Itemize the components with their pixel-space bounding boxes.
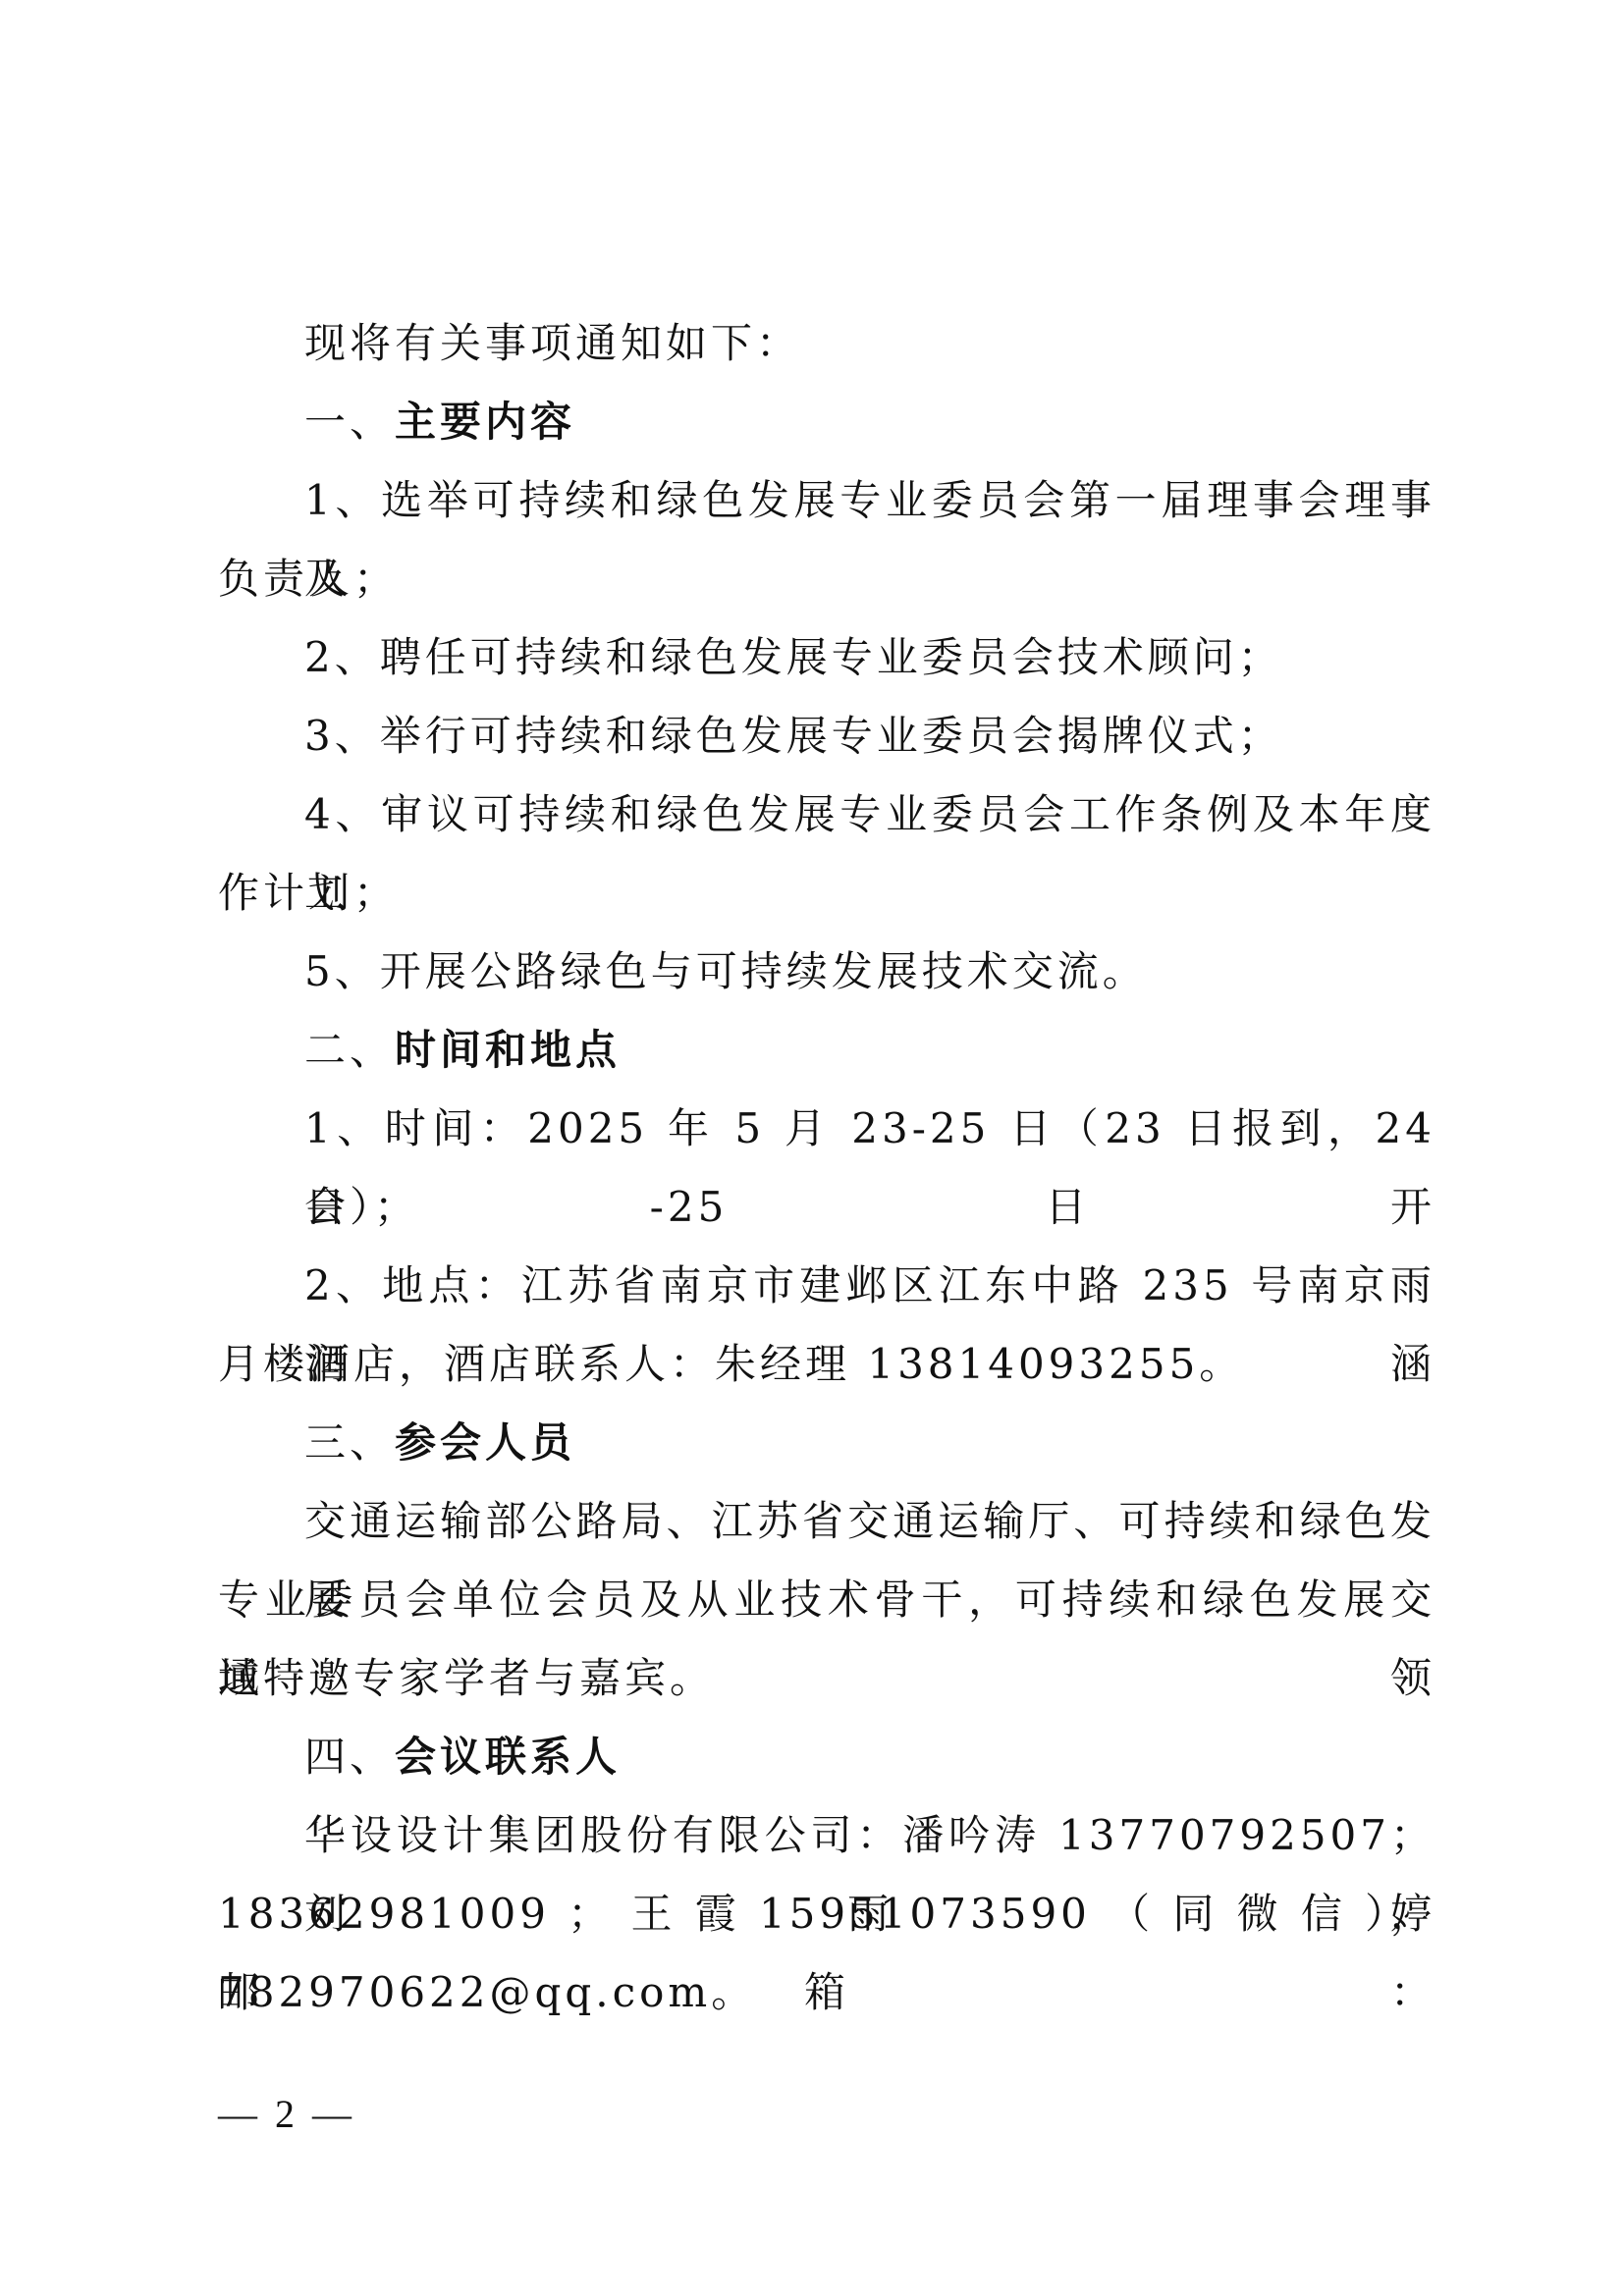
list-item-continuation: 作计划； [218, 854, 1435, 933]
section-heading-2: 二、时间和地点 [218, 1011, 1435, 1090]
list-item: 2、聘任可持续和绿色发展专业委员会技术顾问； [218, 618, 1435, 697]
list-item: 3、举行可持续和绿色发展专业委员会揭牌仪式； [218, 697, 1435, 775]
section-number: 二、 [304, 1026, 395, 1074]
section-title: 参会人员 [395, 1418, 575, 1467]
section-title: 主要内容 [395, 398, 575, 446]
paragraph-line: 交通运输部公路局、江苏省交通运输厅、可持续和绿色发展 [218, 1482, 1435, 1561]
intro-paragraph: 现将有关事项通知如下： [218, 304, 1435, 383]
list-item: 1、时间：2025 年 5 月 23-25 日（23 日报到，24 日-25 日… [218, 1090, 1435, 1168]
section-heading-1: 一、主要内容 [218, 383, 1435, 461]
paragraph-line: 华设设计集团股份有限公司：潘吟涛 13770792507；刘雨婷 [218, 1796, 1435, 1875]
list-item: 2、地点：江苏省南京市建邺区江东中路 235 号南京雨润涵 [218, 1247, 1435, 1325]
list-item-continuation: 负责人； [218, 540, 1435, 618]
section-title: 会议联系人 [395, 1733, 621, 1781]
section-heading-3: 三、参会人员 [218, 1404, 1435, 1482]
paragraph-line: 18362981009 ； 王 霞 15951073590 （ 同 微 信 ），… [218, 1875, 1435, 1953]
section-number: 四、 [304, 1733, 395, 1781]
section-number: 三、 [304, 1418, 395, 1467]
section-title: 时间和地点 [395, 1026, 621, 1074]
list-item: 1、选举可持续和绿色发展专业委员会第一届理事会理事及 [218, 461, 1435, 540]
section-heading-4: 四、会议联系人 [218, 1718, 1435, 1796]
list-item: 4、审议可持续和绿色发展专业委员会工作条例及本年度工 [218, 775, 1435, 854]
section-number: 一、 [304, 398, 395, 446]
paragraph-line: 专业委员会单位会员及从业技术骨干，可持续和绿色发展交通领 [218, 1561, 1435, 1639]
list-item: 5、开展公路绿色与可持续发展技术交流。 [218, 933, 1435, 1011]
document-page: 现将有关事项通知如下： 一、主要内容 1、选举可持续和绿色发展专业委员会第一届理… [218, 304, 1435, 2032]
page-number: — 2 — [218, 2091, 355, 2137]
